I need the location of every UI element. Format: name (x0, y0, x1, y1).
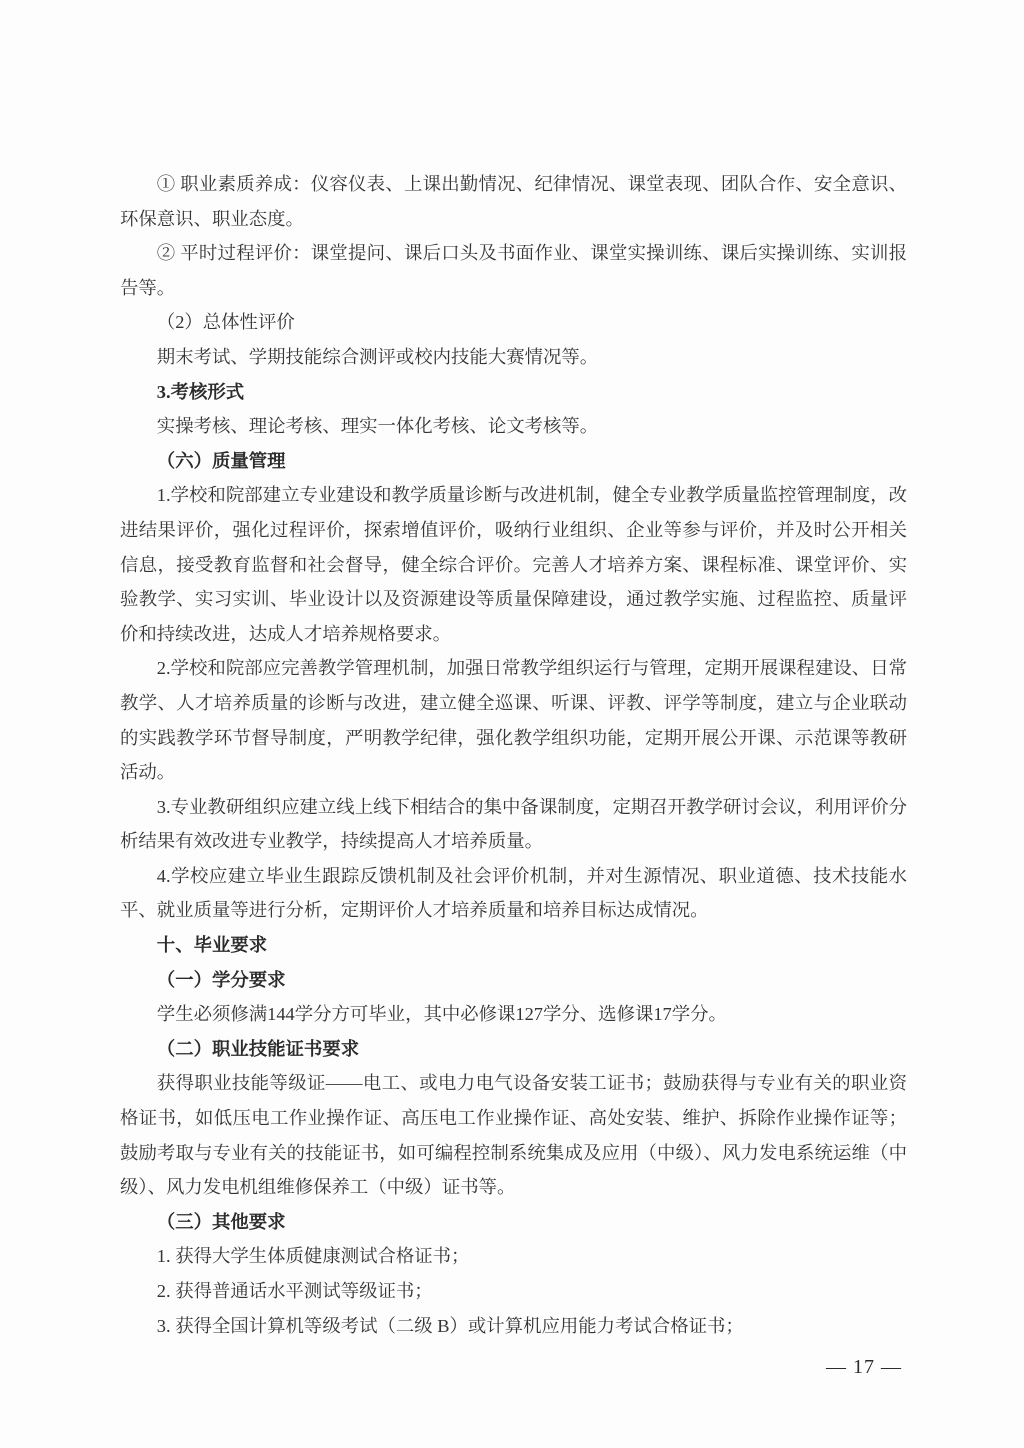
paragraph: ② 平时过程评价：课堂提问、课后口头及书面作业、课堂实操训练、课后实操训练、实训… (120, 236, 907, 305)
paragraph: 期末考试、学期技能综合测评或校内技能大赛情况等。 (120, 340, 907, 375)
list-item: 1. 获得大学生体质健康测试合格证书； (120, 1239, 907, 1274)
paragraph: 4.学校应建立毕业生跟踪反馈机制及社会评价机制，并对生源情况、职业道德、技术技能… (120, 859, 907, 928)
section-heading: （一）学分要求 (120, 963, 907, 998)
paragraph: 3.专业教研组织应建立线上线下相结合的集中备课制度，定期召开教学研讨会议，利用评… (120, 790, 907, 859)
list-item: 2. 获得普通话水平测试等级证书； (120, 1274, 907, 1309)
paragraph: 1.学校和院部建立专业建设和教学质量诊断与改进机制，健全专业教学质量监控管理制度… (120, 478, 907, 651)
paragraph: 实操考核、理论考核、理实一体化考核、论文考核等。 (120, 409, 907, 444)
paragraph: 学生必须修满144学分方可毕业，其中必修课127学分、选修课17学分。 (120, 997, 907, 1032)
list-item: 3. 获得全国计算机等级考试（二级 B）或计算机应用能力考试合格证书； (120, 1309, 907, 1344)
section-heading: 3.考核形式 (120, 375, 907, 410)
paragraph: （2）总体性评价 (120, 305, 907, 340)
paragraph: 2.学校和院部应完善教学管理机制，加强日常教学组织运行与管理，定期开展课程建设、… (120, 651, 907, 789)
document-body: ① 职业素质养成：仪容仪表、上课出勤情况、纪律情况、课堂表现、团队合作、安全意识… (120, 167, 907, 1343)
section-heading: 十、毕业要求 (120, 928, 907, 963)
section-heading: （二）职业技能证书要求 (120, 1032, 907, 1067)
paragraph: 获得职业技能等级证——电工、或电力电气设备安装工证书；鼓励获得与专业有关的职业资… (120, 1066, 907, 1204)
document-page: ① 职业素质养成：仪容仪表、上课出勤情况、纪律情况、课堂表现、团队合作、安全意识… (0, 0, 1024, 1448)
paragraph: ① 职业素质养成：仪容仪表、上课出勤情况、纪律情况、课堂表现、团队合作、安全意识… (120, 167, 907, 236)
section-heading: （六）质量管理 (120, 444, 907, 479)
section-heading: （三）其他要求 (120, 1205, 907, 1240)
page-number: — 17 — (826, 1352, 902, 1382)
